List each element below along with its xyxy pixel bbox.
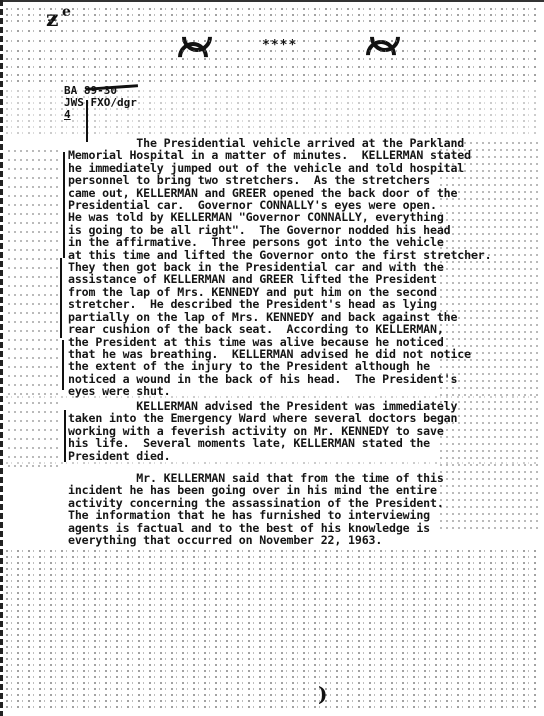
noise-band bbox=[6, 14, 538, 16]
noise-band bbox=[6, 640, 538, 642]
noise-band bbox=[8, 366, 58, 368]
noise-band bbox=[8, 393, 58, 395]
noise-band bbox=[6, 550, 538, 552]
file-initials: JWS:FXO/dgr bbox=[64, 97, 137, 109]
noise-band bbox=[6, 622, 538, 624]
noise-band bbox=[8, 177, 58, 179]
noise-band bbox=[440, 464, 540, 466]
text-line: stretcher. He described the President's … bbox=[68, 298, 491, 310]
noise-band bbox=[8, 429, 58, 431]
noise-band bbox=[8, 420, 58, 422]
noise-band bbox=[6, 30, 538, 32]
noise-band bbox=[440, 478, 540, 480]
noise-band bbox=[6, 682, 538, 684]
noise-band bbox=[8, 267, 58, 269]
noise-band bbox=[6, 396, 538, 398]
noise-band bbox=[6, 74, 538, 76]
noise-band bbox=[8, 375, 58, 377]
noise-band bbox=[8, 402, 58, 404]
page-top-edge bbox=[0, 0, 544, 2]
noise-band bbox=[6, 66, 538, 68]
noise-band bbox=[8, 303, 58, 305]
noise-band bbox=[6, 628, 538, 630]
noise-band bbox=[6, 676, 538, 678]
noise-band bbox=[6, 580, 538, 582]
noise-band bbox=[6, 610, 538, 612]
noise-band bbox=[440, 471, 540, 473]
paragraph-2: KELLERMAN advised the President was imme… bbox=[68, 400, 457, 462]
noise-band bbox=[8, 312, 58, 314]
text-line: his life. Several moments late, KELLERMA… bbox=[68, 437, 457, 449]
noise-band bbox=[8, 213, 58, 215]
text-line: President died. bbox=[68, 450, 457, 462]
text-line: assistance of KELLERMAN and GREER lifted… bbox=[68, 273, 491, 285]
noise-band bbox=[6, 20, 538, 22]
noise-band bbox=[6, 694, 538, 696]
noise-band bbox=[6, 50, 538, 52]
noise-band bbox=[8, 258, 58, 260]
noise-band bbox=[8, 456, 58, 458]
paragraph-1: The Presidential vehicle arrived at the … bbox=[68, 137, 491, 398]
margin-bracket-4 bbox=[64, 410, 66, 462]
noise-band bbox=[440, 499, 540, 501]
noise-band bbox=[8, 222, 58, 224]
noise-band bbox=[6, 604, 538, 606]
page-number: 4 bbox=[64, 109, 137, 121]
noise-band bbox=[6, 646, 538, 648]
text-line: taken into the Emergency Ward where seve… bbox=[68, 412, 457, 424]
noise-band bbox=[6, 568, 538, 570]
noise-band bbox=[8, 240, 58, 242]
noise-band bbox=[8, 159, 58, 161]
noise-band bbox=[6, 700, 538, 702]
page-left-edge bbox=[0, 0, 3, 716]
noise-band bbox=[8, 276, 58, 278]
noise-band bbox=[440, 527, 540, 529]
noise-band bbox=[440, 485, 540, 487]
noise-band bbox=[8, 168, 58, 170]
noise-band bbox=[8, 330, 58, 332]
noise-band bbox=[8, 231, 58, 233]
noise-band bbox=[6, 616, 538, 618]
noise-band bbox=[6, 706, 538, 708]
noise-band bbox=[8, 384, 58, 386]
noise-band bbox=[8, 411, 58, 413]
noise-band bbox=[8, 195, 58, 197]
noise-band bbox=[440, 513, 540, 515]
noise-band bbox=[440, 520, 540, 522]
margin-bracket-2 bbox=[60, 258, 62, 338]
noise-band bbox=[6, 8, 538, 10]
margin-bracket-1 bbox=[63, 152, 65, 258]
text-line: He was told by KELLERMAN "Governor CONNA… bbox=[68, 211, 491, 223]
noise-band bbox=[8, 285, 58, 287]
document-page: ƶ e **** BA 89-30 JWS:FXO/dgr 4 The Pres… bbox=[0, 0, 544, 716]
noise-band bbox=[8, 150, 58, 152]
noise-band bbox=[8, 294, 58, 296]
text-line: Memorial Hospital in a matter of minutes… bbox=[68, 149, 491, 161]
noise-band bbox=[8, 357, 58, 359]
noise-band bbox=[440, 492, 540, 494]
noise-band bbox=[6, 634, 538, 636]
bottom-handwritten-mark: ) bbox=[318, 682, 327, 706]
noise-band bbox=[6, 598, 538, 600]
noise-band bbox=[6, 688, 538, 690]
noise-band bbox=[6, 586, 538, 588]
noise-band bbox=[8, 339, 58, 341]
noise-band bbox=[6, 40, 538, 42]
text-line: The information that he has furnished to… bbox=[68, 509, 444, 521]
noise-band bbox=[8, 321, 58, 323]
noise-band bbox=[6, 80, 538, 82]
noise-band bbox=[8, 348, 58, 350]
text-line: personnel to bring two stretchers. As th… bbox=[68, 174, 491, 186]
noise-band bbox=[6, 652, 538, 654]
noise-band bbox=[8, 465, 58, 467]
margin-bracket-3 bbox=[62, 340, 64, 390]
paragraph-3: Mr. KELLERMAN said that from the time of… bbox=[68, 472, 444, 546]
noise-band bbox=[6, 592, 538, 594]
noise-band bbox=[8, 204, 58, 206]
handwritten-mark-small: e bbox=[62, 4, 71, 20]
noise-band bbox=[6, 58, 538, 60]
noise-band bbox=[6, 670, 538, 672]
noise-band bbox=[440, 506, 540, 508]
noise-band bbox=[8, 438, 58, 440]
noise-band bbox=[8, 186, 58, 188]
noise-band bbox=[6, 574, 538, 576]
noise-band bbox=[8, 447, 58, 449]
noise-band bbox=[6, 664, 538, 666]
noise-band bbox=[6, 556, 538, 558]
text-line: in the affirmative. Three persons got in… bbox=[68, 236, 491, 248]
noise-band bbox=[8, 249, 58, 251]
text-line: incident he has been going over in his m… bbox=[68, 484, 444, 496]
text-line: the extent of the injury to the Presiden… bbox=[68, 360, 491, 372]
text-line: rear cushion of the back seat. According… bbox=[68, 323, 491, 335]
text-line: everything that occurred on November 22,… bbox=[68, 534, 444, 546]
noise-band bbox=[6, 562, 538, 564]
noise-band bbox=[6, 658, 538, 660]
file-reference: BA 89-30 JWS:FXO/dgr 4 bbox=[64, 85, 137, 121]
noise-band bbox=[6, 462, 538, 464]
